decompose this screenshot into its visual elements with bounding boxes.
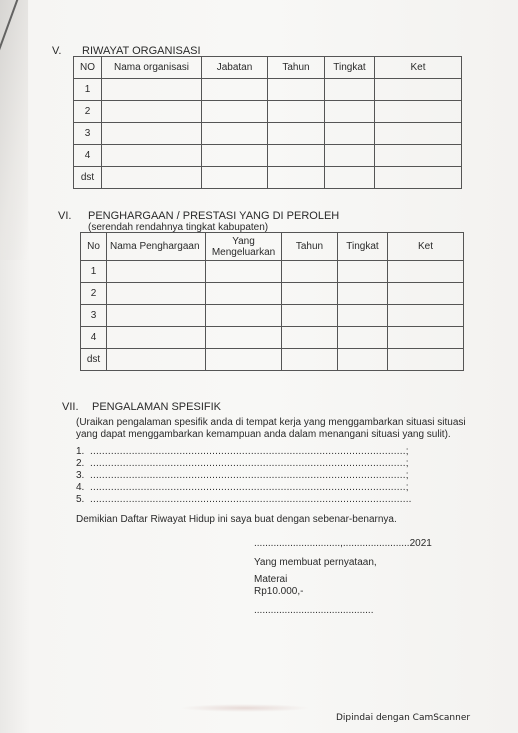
table-row: dst: [81, 349, 464, 371]
empty-cell[interactable]: [338, 305, 388, 327]
col-ket: Ket: [375, 57, 462, 79]
line-number: 4.: [76, 482, 90, 493]
empty-cell[interactable]: [268, 101, 325, 123]
empty-cell[interactable]: [282, 283, 338, 305]
line-number: 2.: [76, 458, 90, 469]
table-row: 4: [74, 145, 462, 167]
empty-cell[interactable]: [338, 327, 388, 349]
empty-cell[interactable]: [268, 79, 325, 101]
stamp-value: Rp10.000,-: [254, 586, 303, 597]
page-edge-shadow: [0, 0, 28, 260]
line-number: 3.: [76, 470, 90, 481]
row-number: 4: [74, 145, 102, 167]
col-nama-organisasi: Nama organisasi: [102, 57, 202, 79]
col-nama-penghargaan: Nama Penghargaan: [107, 233, 206, 261]
empty-cell[interactable]: [206, 305, 282, 327]
col-tingkat: Tingkat: [338, 233, 388, 261]
empty-cell[interactable]: [202, 123, 268, 145]
row-number: dst: [74, 167, 102, 189]
empty-cell[interactable]: [325, 79, 375, 101]
organization-history-table: NO Nama organisasi Jabatan Tahun Tingkat…: [73, 56, 462, 189]
empty-cell[interactable]: [388, 283, 464, 305]
scan-smudge: [180, 704, 310, 712]
row-number: 3: [74, 123, 102, 145]
empty-cell[interactable]: [107, 305, 206, 327]
table-header-row: No Nama Penghargaan Yang Mengeluarkan Ta…: [81, 233, 464, 261]
section-vii-heading: VII. PENGALAMAN SPESIFIK: [62, 401, 362, 415]
empty-cell[interactable]: [102, 167, 202, 189]
empty-cell[interactable]: [206, 349, 282, 371]
empty-cell[interactable]: [206, 261, 282, 283]
empty-cell[interactable]: [325, 101, 375, 123]
empty-cell[interactable]: [338, 261, 388, 283]
empty-cell[interactable]: [206, 327, 282, 349]
empty-cell[interactable]: [325, 145, 375, 167]
empty-cell[interactable]: [388, 305, 464, 327]
dotted-fill: ........................................…: [90, 482, 409, 493]
signatory-label: Yang membuat pernyataan,: [254, 557, 377, 568]
section-vi-title: PENGHARGAAN / PRESTASI YANG DI PEROLEH: [88, 210, 339, 222]
col-tahun: Tahun: [268, 57, 325, 79]
empty-cell[interactable]: [268, 167, 325, 189]
empty-cell[interactable]: [102, 79, 202, 101]
dotted-fill: ........................................…: [90, 446, 409, 457]
row-number: 3: [81, 305, 107, 327]
empty-cell[interactable]: [375, 167, 462, 189]
experience-line[interactable]: 4.......................................…: [76, 482, 464, 493]
table-row: 2: [81, 283, 464, 305]
experience-line[interactable]: 3.......................................…: [76, 470, 464, 481]
section-vii-instruction: (Uraikan pengalaman spesifik anda di tem…: [76, 417, 472, 441]
empty-cell[interactable]: [282, 349, 338, 371]
row-number: 1: [81, 261, 107, 283]
empty-cell[interactable]: [202, 101, 268, 123]
empty-cell[interactable]: [107, 283, 206, 305]
camscanner-watermark: Dipindai dengan CamScanner: [336, 713, 470, 723]
col-tingkat: Tingkat: [325, 57, 375, 79]
line-number: 5.: [76, 494, 90, 505]
empty-cell[interactable]: [338, 349, 388, 371]
row-number: 2: [81, 283, 107, 305]
col-no: No: [81, 233, 107, 261]
section-vii-number: VII.: [62, 401, 79, 413]
scanned-page: V. RIWAYAT ORGANISASI NO Nama organisasi…: [0, 0, 518, 733]
empty-cell[interactable]: [107, 261, 206, 283]
table-row: 2: [74, 101, 462, 123]
table-row: 3: [81, 305, 464, 327]
section-vii-title: PENGALAMAN SPESIFIK: [92, 401, 221, 413]
empty-cell[interactable]: [325, 123, 375, 145]
line-number: 1.: [76, 446, 90, 457]
dotted-fill: ........................................…: [90, 494, 412, 505]
col-jabatan: Jabatan: [202, 57, 268, 79]
col-no: NO: [74, 57, 102, 79]
awards-table: No Nama Penghargaan Yang Mengeluarkan Ta…: [80, 232, 464, 371]
experience-line[interactable]: 5.......................................…: [76, 494, 464, 505]
table-row: dst: [74, 167, 462, 189]
empty-cell[interactable]: [202, 145, 268, 167]
row-number: 2: [74, 101, 102, 123]
row-number: dst: [81, 349, 107, 371]
table-header-row: NO Nama organisasi Jabatan Tahun Tingkat…: [74, 57, 462, 79]
empty-cell[interactable]: [268, 123, 325, 145]
empty-cell[interactable]: [102, 123, 202, 145]
stamp-label: Materai: [254, 574, 287, 585]
place-date-line: ...............................,........…: [254, 538, 432, 549]
signature-name-line: ........................................…: [254, 605, 373, 616]
dotted-fill: ........................................…: [90, 470, 409, 481]
table-row: 3: [74, 123, 462, 145]
empty-cell[interactable]: [388, 327, 464, 349]
empty-cell[interactable]: [282, 305, 338, 327]
row-number: 1: [74, 79, 102, 101]
experience-line[interactable]: 1.......................................…: [76, 446, 464, 457]
empty-cell[interactable]: [338, 283, 388, 305]
empty-cell[interactable]: [107, 327, 206, 349]
dotted-fill: ........................................…: [90, 458, 409, 469]
col-yang-mengeluarkan: Yang Mengeluarkan: [206, 233, 282, 261]
empty-cell[interactable]: [102, 145, 202, 167]
empty-cell[interactable]: [282, 261, 338, 283]
empty-cell[interactable]: [107, 349, 206, 371]
closing-statement: Demikian Daftar Riwayat Hidup ini saya b…: [76, 514, 476, 526]
empty-cell[interactable]: [102, 101, 202, 123]
col-tahun: Tahun: [282, 233, 338, 261]
empty-cell[interactable]: [388, 261, 464, 283]
empty-cell[interactable]: [375, 145, 462, 167]
empty-cell[interactable]: [375, 79, 462, 101]
experience-line[interactable]: 2.......................................…: [76, 458, 464, 469]
empty-cell[interactable]: [202, 167, 268, 189]
table-row: 1: [81, 261, 464, 283]
section-vi-number: VI.: [58, 210, 71, 222]
empty-cell[interactable]: [268, 145, 325, 167]
empty-cell[interactable]: [388, 349, 464, 371]
empty-cell[interactable]: [282, 327, 338, 349]
col-ket: Ket: [388, 233, 464, 261]
empty-cell[interactable]: [202, 79, 268, 101]
table-row: 1: [74, 79, 462, 101]
empty-cell[interactable]: [375, 123, 462, 145]
empty-cell[interactable]: [206, 283, 282, 305]
row-number: 4: [81, 327, 107, 349]
empty-cell[interactable]: [375, 101, 462, 123]
table-row: 4: [81, 327, 464, 349]
empty-cell[interactable]: [325, 167, 375, 189]
section-v-number: V.: [52, 45, 61, 57]
